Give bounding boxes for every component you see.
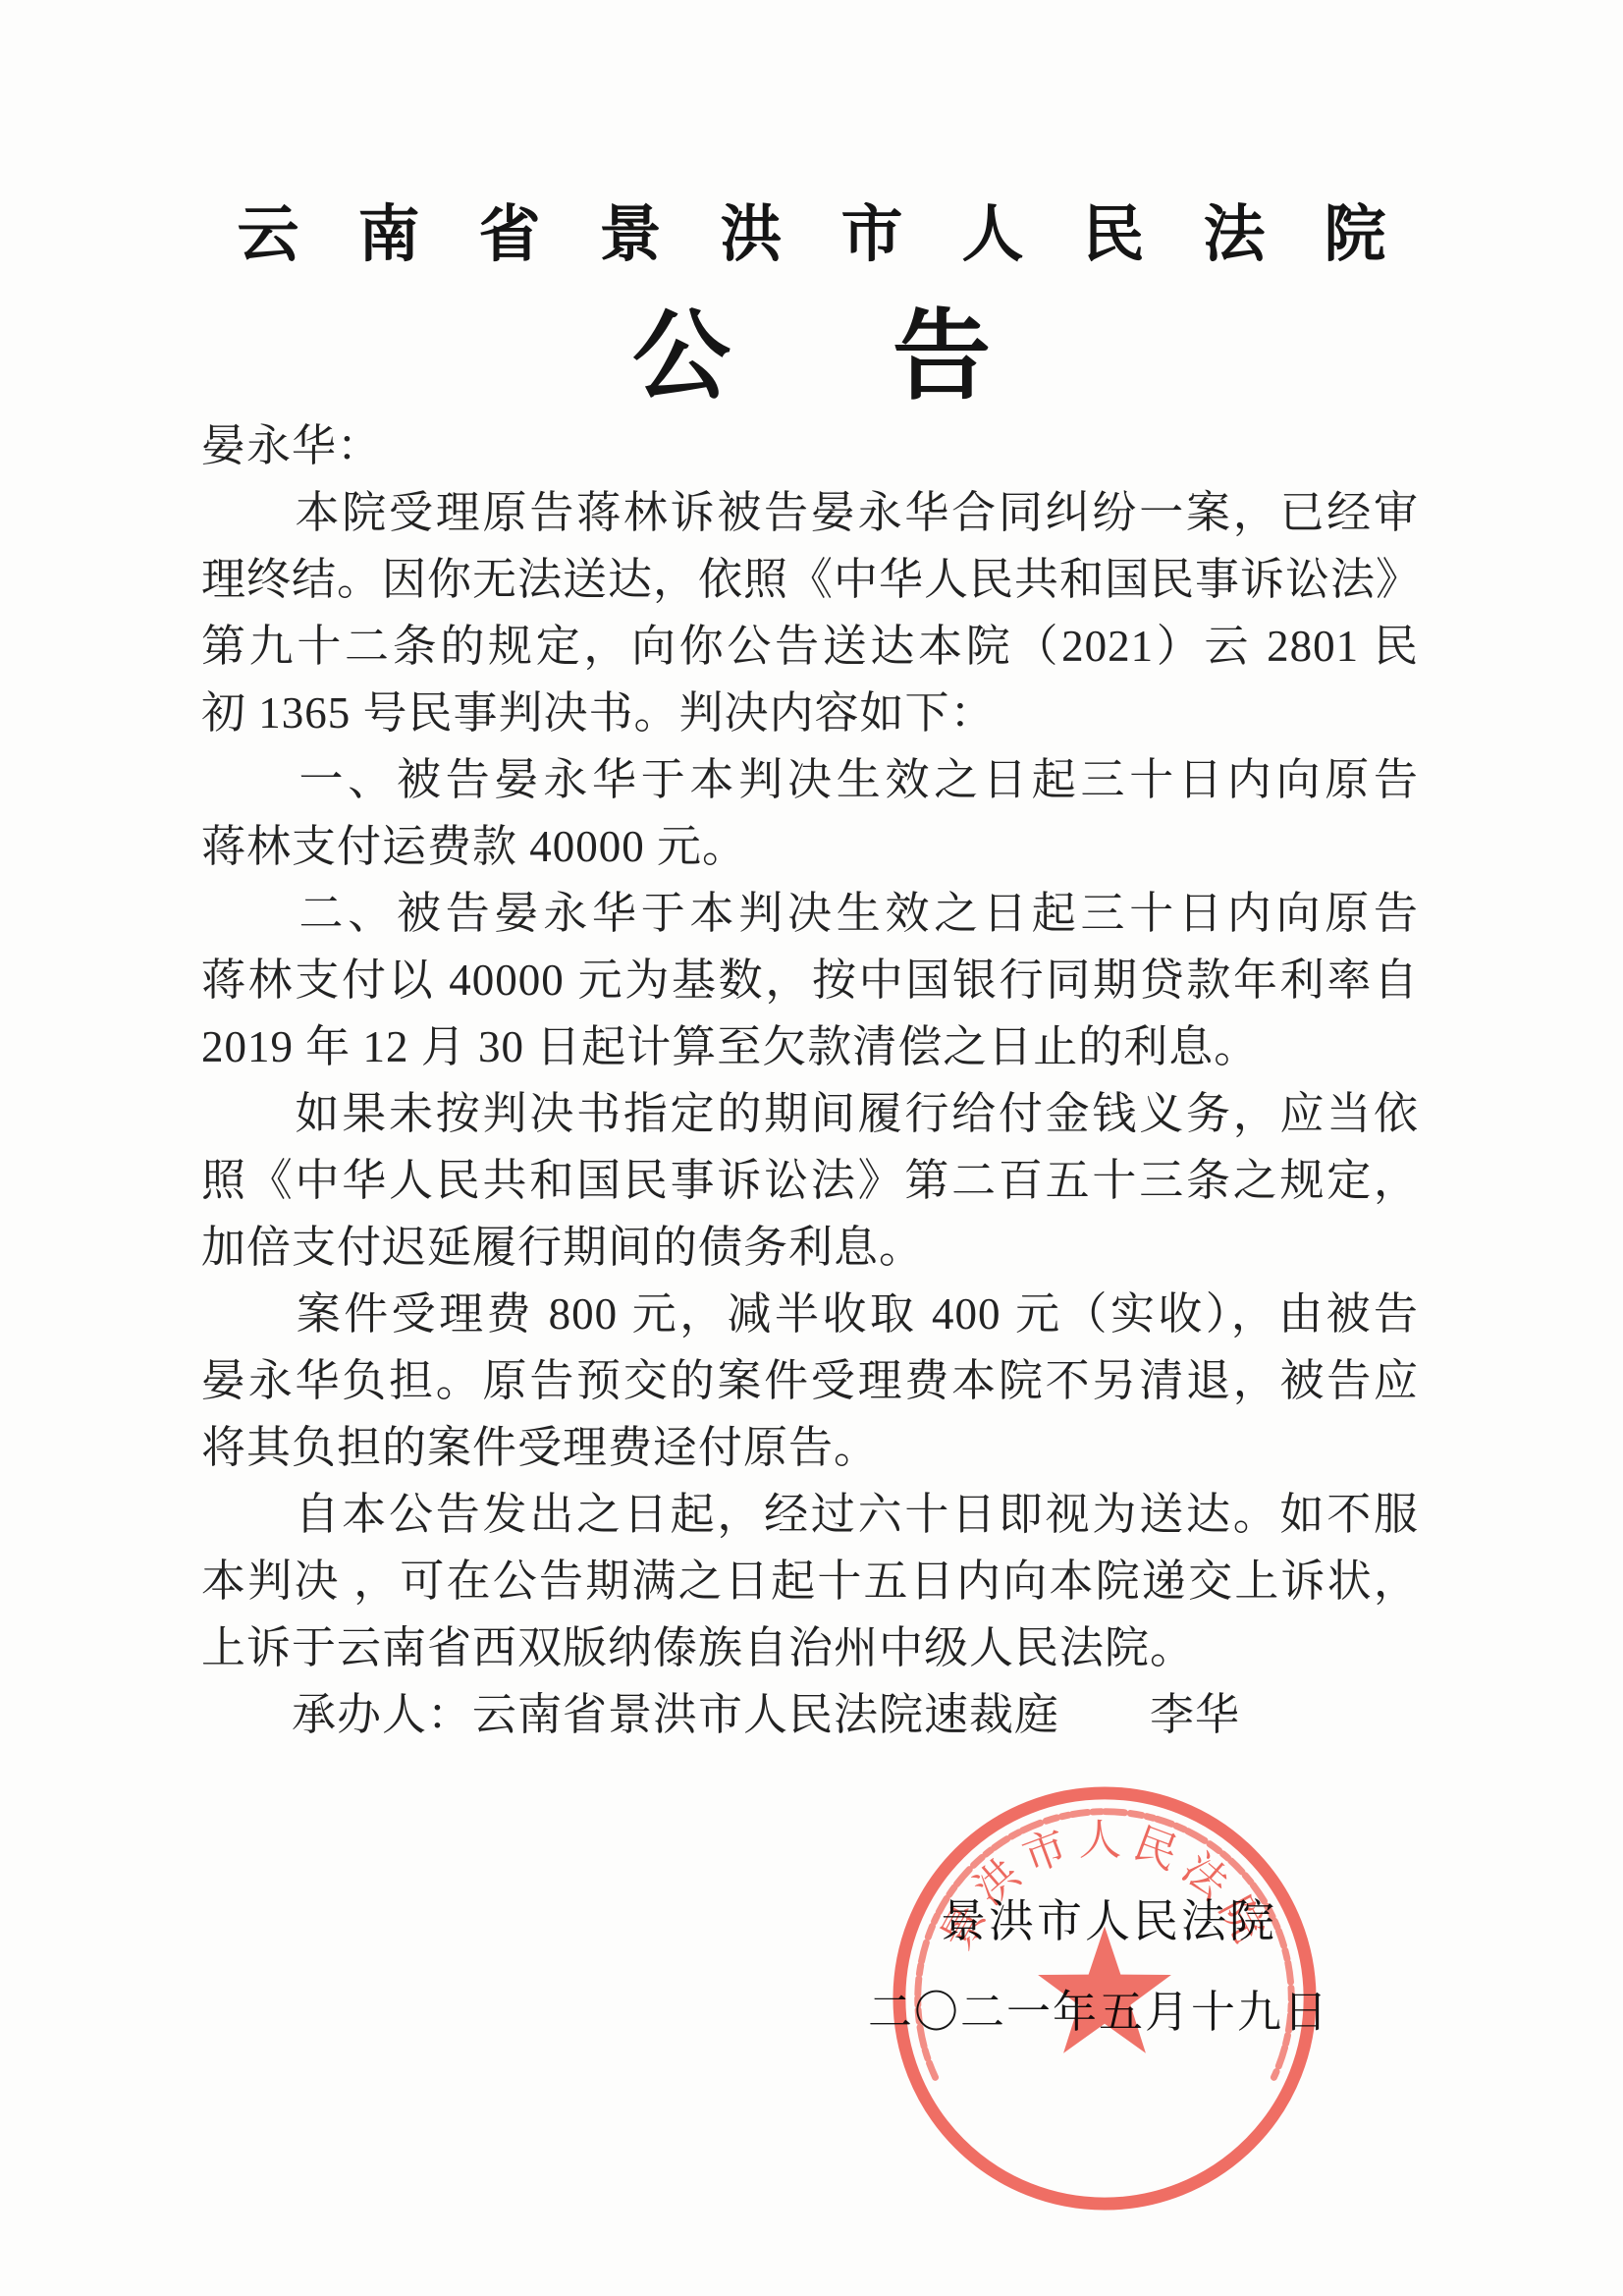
announcement-body: 晏永华： 本院受理原告蒋林诉被告晏永华合同纠纷一案，已经审 理终结。因你无法送达…: [201, 412, 1419, 1748]
doc-line: 理终结。因你无法送达，依照《中华人民共和国民事诉讼法》: [201, 546, 1419, 613]
doc-line: 案件受理费 800 元，减半收取 400 元（实收），由被告: [201, 1281, 1419, 1347]
doc-line: 第九十二条的规定，向你公告送达本院（2021）云 2801 民: [201, 613, 1419, 680]
doc-line: 承办人：云南省景洪市人民法院速裁庭 李华: [201, 1681, 1419, 1748]
doc-line: 上诉于云南省西双版纳傣族自治州中级人民法院。: [201, 1614, 1419, 1681]
doc-line: 本判决 ，可在公告期满之日起十五日内向本院递交上诉状，: [201, 1548, 1419, 1614]
doc-line: 自本公告发出之日起，经过六十日即视为送达。如不服: [201, 1481, 1419, 1548]
doc-line: 本院受理原告蒋林诉被告晏永华合同纠纷一案，已经审: [201, 479, 1419, 546]
doc-line: 二、被告晏永华于本判决生效之日起三十日内向原告: [201, 880, 1419, 947]
doc-line: 照《中华人民共和国民事诉讼法》第二百五十三条之规定，: [201, 1147, 1419, 1214]
announcement-title: 公告: [0, 277, 1623, 418]
doc-line: 将其负担的案件受理费迳付原告。: [201, 1414, 1419, 1481]
doc-line: 2019 年 12 月 30 日起计算至欠款清偿之日止的利息。: [201, 1013, 1419, 1080]
document-page: 云南省景洪市人民法院 公告 晏永华： 本院受理原告蒋林诉被告晏永华合同纠纷一案，…: [0, 0, 1623, 2296]
doc-line: 蒋林支付以 40000 元为基数，按中国银行同期贷款年利率自: [201, 947, 1419, 1013]
doc-line: 如果未按判决书指定的期间履行给付金钱义务，应当依: [201, 1080, 1419, 1147]
doc-line: 晏永华：: [201, 412, 1419, 479]
doc-line: 初 1365 号民事判决书。判决内容如下：: [201, 680, 1419, 746]
doc-line: 蒋林支付运费款 40000 元。: [201, 813, 1419, 880]
doc-line: 一、被告晏永华于本判决生效之日起三十日内向原告: [201, 746, 1419, 813]
seal-star-icon: [1038, 1927, 1171, 2053]
official-seal: 景洪市人民法院: [891, 1784, 1319, 2213]
court-name-heading: 云南省景洪市人民法院: [0, 185, 1623, 274]
doc-line: 加倍支付迟延履行期间的债务利息。: [201, 1214, 1419, 1281]
doc-line: 晏永华负担。原告预交的案件受理费本院不另清退，被告应: [201, 1347, 1419, 1414]
